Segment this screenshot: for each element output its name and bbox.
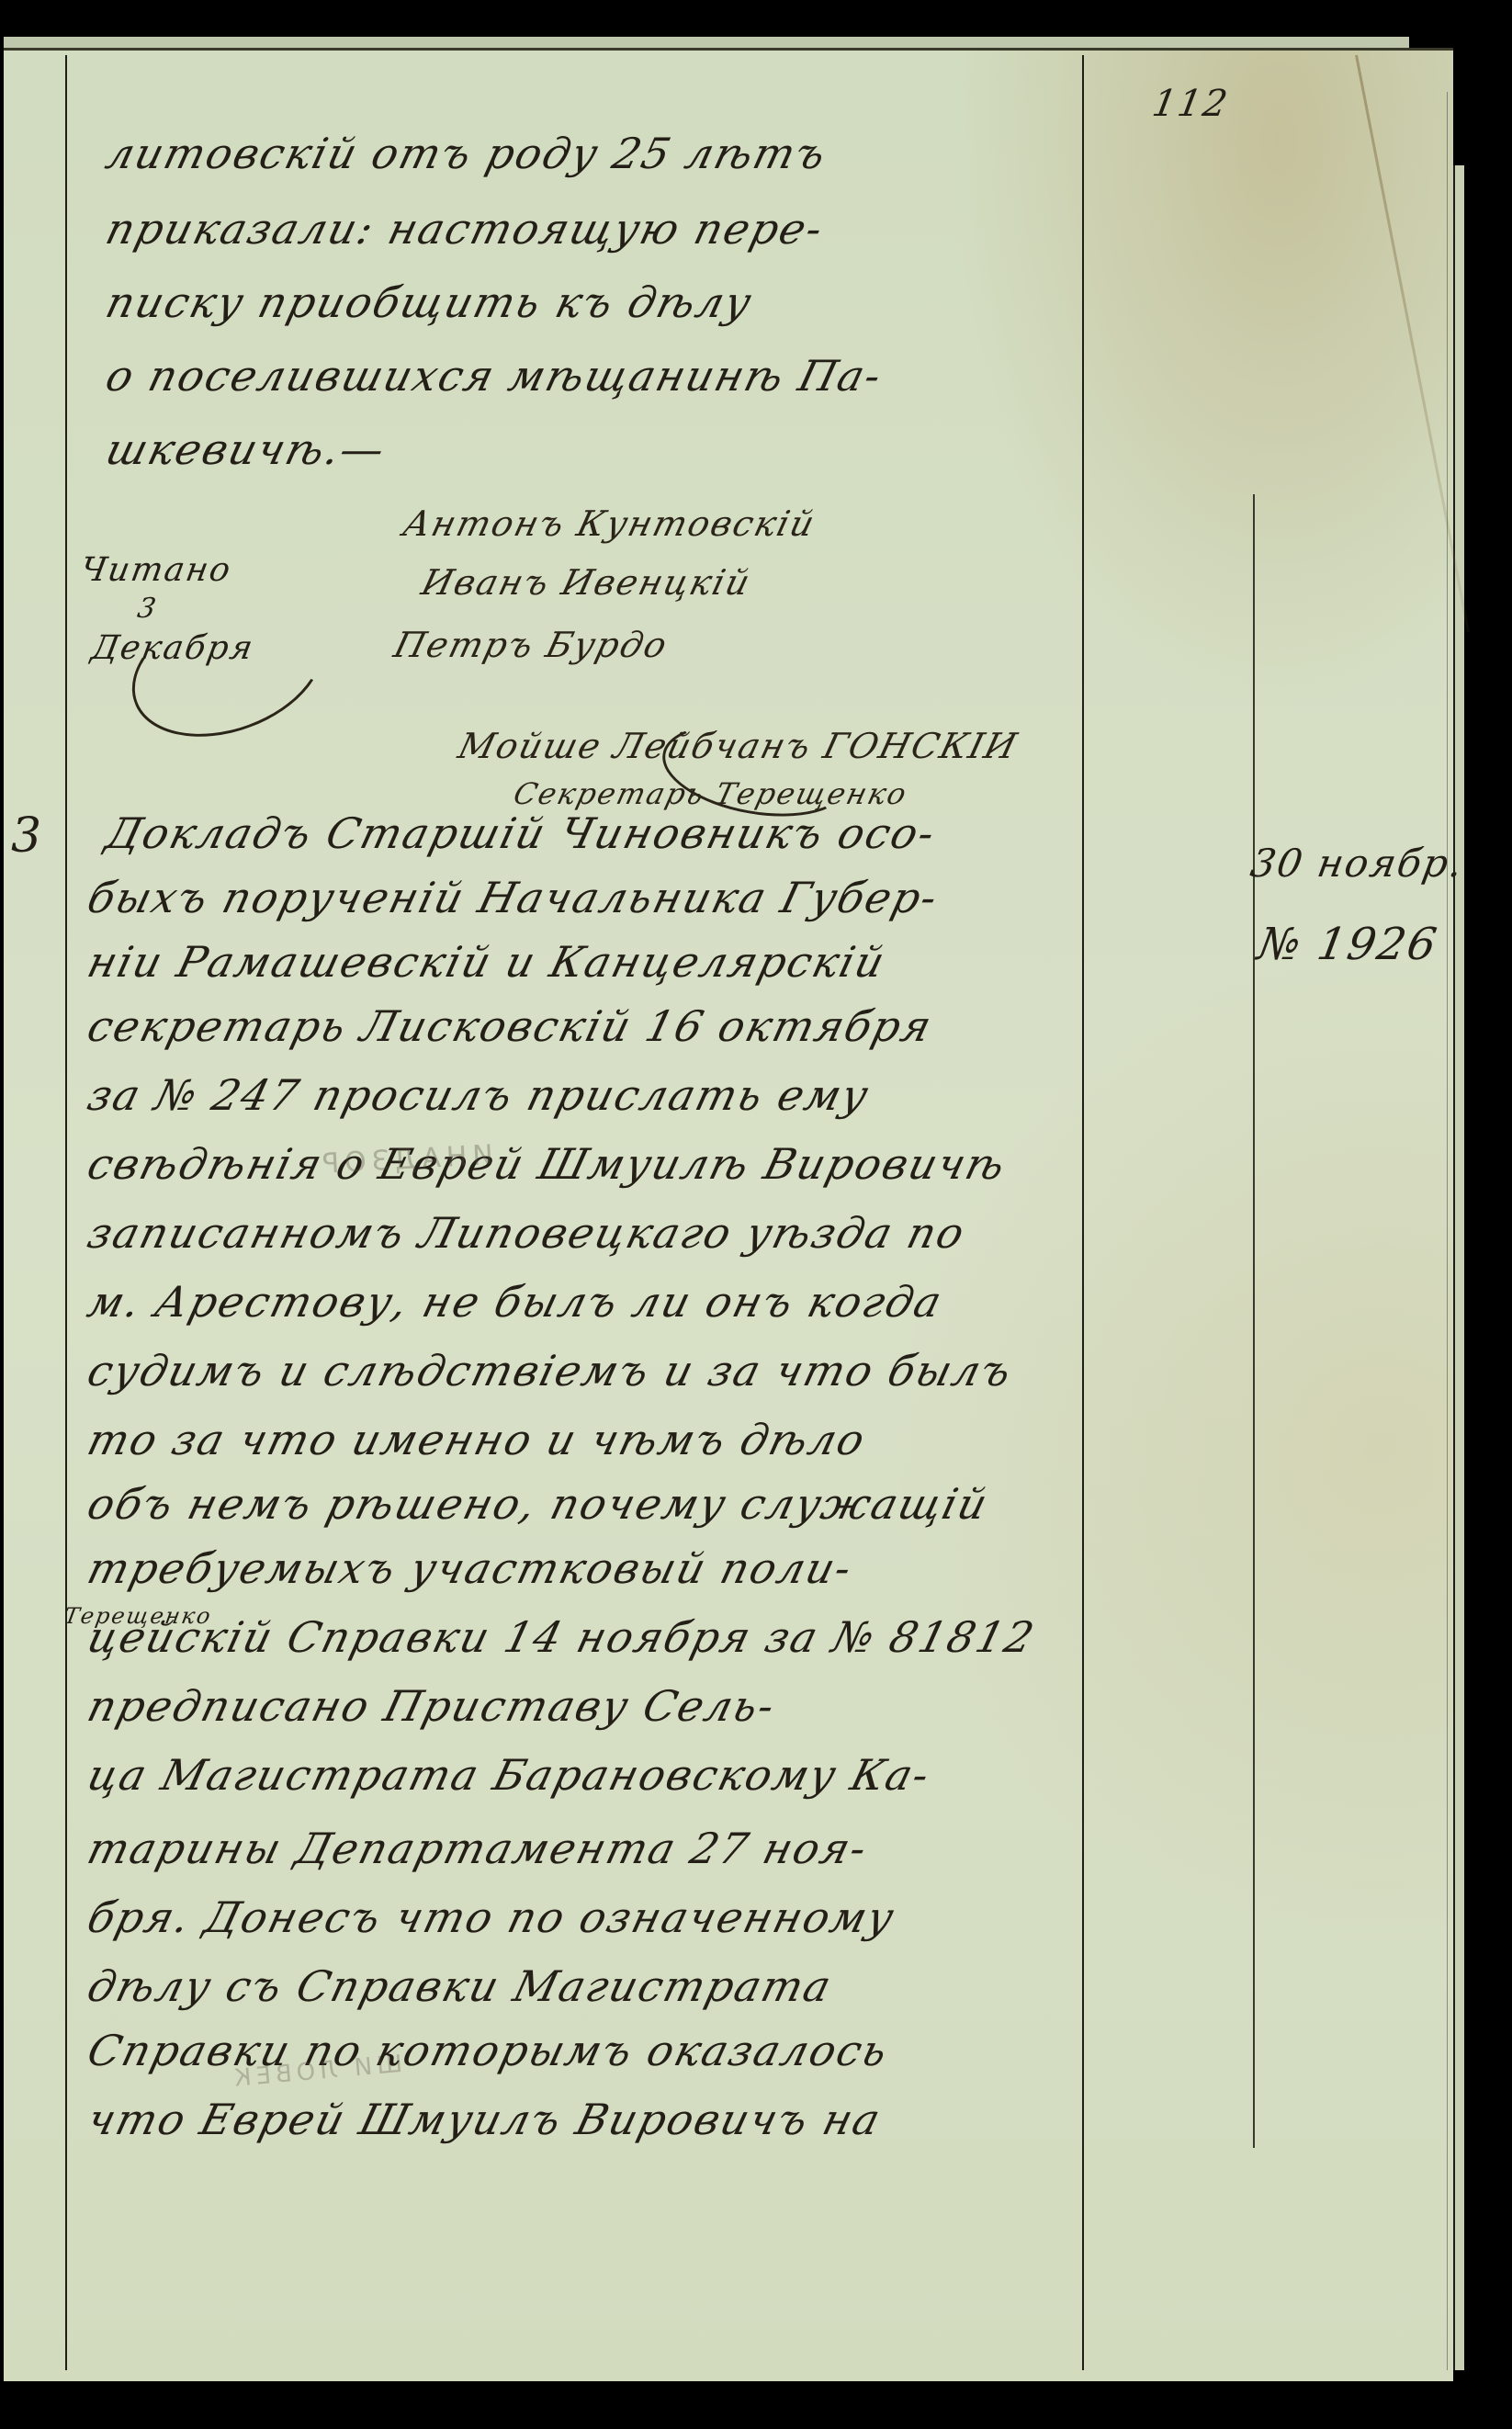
continuation-line-2: приказали: настоящую пере- <box>101 204 829 254</box>
page-number: 112 <box>1149 83 1232 125</box>
item-line-12: требуемыхъ участковый поли- <box>83 1543 858 1593</box>
item-line-17: бря. Донесъ что по означенному <box>83 1892 900 1942</box>
item-line-8: м. Арестову, не былъ ли онъ когда <box>83 1277 948 1327</box>
item-number: 3 <box>11 808 43 864</box>
item-line-1: Докладъ Старшій Чиновникъ осо- <box>101 808 942 858</box>
item-line-16: тарины Департамента 27 ноя- <box>83 1824 874 1873</box>
item-line-11: объ немъ рѣшено, почему служащій <box>83 1479 994 1529</box>
continuation-line-1: литовскій отъ роду 25 лѣтъ <box>101 129 832 178</box>
item-line-19: Справки по которымъ оказалось <box>83 2026 894 2075</box>
main-column-rule <box>1082 55 1084 2370</box>
continuation-line-3: писку приобщить къ дѣлу <box>101 277 758 327</box>
signature-burdo: Петръ Бурдо <box>390 625 673 665</box>
item-line-18: дѣлу съ Справки Магистрата <box>83 1961 838 2011</box>
page-edge-rule <box>1447 92 1448 2370</box>
item-line-20: что Еврей Шмуилъ Вировичъ на <box>83 2095 886 2144</box>
continuation-line-4: о поселившихся мѣщанинѣ Па- <box>101 351 887 401</box>
signature-kuntovsky: Антонъ Кунтовскій <box>400 503 820 544</box>
signature-iventsky: Иванъ Ивенцкій <box>418 562 756 603</box>
item-line-14: предписано Приставу Сель- <box>83 1681 781 1731</box>
continuation-line-5: шкевичѣ.— <box>101 424 391 474</box>
right-column-date: 30 ноябр. <box>1247 841 1468 886</box>
item-line-4: секретарь Лисковскій 16 октября <box>83 1001 938 1051</box>
item-line-2: быхъ порученій Начальника Губер- <box>83 873 944 922</box>
item-line-10: то за что именно и чѣмъ дѣло <box>83 1415 872 1464</box>
left-margin-rule <box>65 55 67 2370</box>
underlying-page-edge <box>1453 165 1464 2370</box>
right-column-rule <box>1253 494 1255 2148</box>
item-line-7: записанномъ Липовецкаго уѣзда по <box>83 1208 971 1258</box>
item-line-9: судимъ и слѣдствіемъ и за что былъ <box>83 1346 1018 1395</box>
item-line-3: ніи Рамашевскій и Канцелярскій <box>83 937 891 987</box>
item-margin-signature: Терещенко <box>62 1603 215 1629</box>
right-column-number: № 1926 <box>1254 919 1442 970</box>
item-line-13: цейскій Справки 14 ноября за № 81812 <box>83 1612 1041 1662</box>
item-line-6: свѣдѣнія о Еврей Шмуилѣ Вировичѣ <box>83 1139 1012 1189</box>
item-line-5: за № 247 просилъ прислать ему <box>83 1070 874 1120</box>
margin-read-note-line1: Читано <box>77 551 234 589</box>
item-line-15: ца Магистрата Барановскому Ка- <box>83 1750 936 1800</box>
